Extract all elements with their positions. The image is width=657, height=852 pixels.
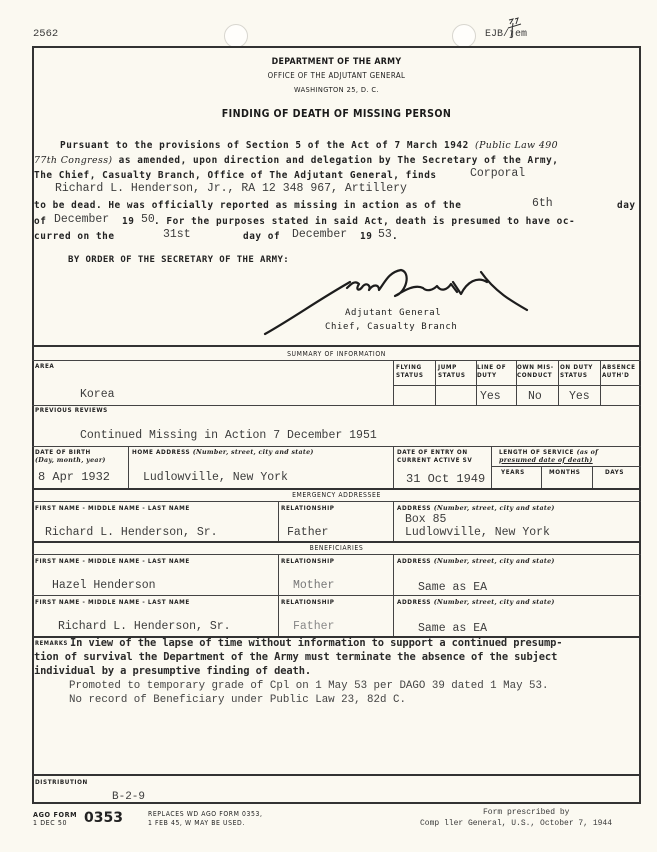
beneficiary-relationship-label: RELATIONSHIP — [281, 599, 335, 607]
years-label: YEARS — [501, 469, 525, 477]
divider — [32, 774, 641, 776]
finding-line-1: Pursuant to the provisions of Section 5 … — [60, 140, 558, 151]
finding-text: curred on the — [34, 231, 115, 242]
dob-value: 8 Apr 1932 — [38, 470, 110, 484]
finding-line-6: . For the purposes stated in said Act, d… — [154, 216, 575, 227]
divider — [32, 446, 641, 447]
remarks-note-2: No record of Beneficiary under Public La… — [69, 694, 406, 706]
punch-hole — [452, 24, 476, 48]
divider — [278, 501, 279, 541]
form-number: 0353 — [84, 810, 123, 826]
emergency-heading: EMERGENCY ADDRESSEE — [32, 491, 641, 499]
finding-line-5: to be dead. He was officially reported a… — [34, 200, 461, 211]
finding-text: 19 — [122, 216, 134, 227]
divider — [491, 466, 641, 467]
beneficiary-address-label: ADDRESS (Number, street, city and state) — [397, 599, 555, 607]
emergency-relationship-label: RELATIONSHIP — [281, 505, 335, 513]
entry-date-value: 31 Oct 1949 — [406, 472, 485, 486]
finding-line-2: 77th Congress) as amended, upon directio… — [34, 155, 558, 166]
divider — [393, 501, 394, 541]
divider — [32, 488, 641, 490]
emergency-name-label: FIRST NAME - MIDDLE NAME - LAST NAME — [35, 505, 190, 513]
divider — [558, 360, 559, 405]
dob-label: DATE OF BIRTH(Day, month, year) — [35, 449, 106, 464]
death-year-value: 53 — [378, 228, 392, 241]
emergency-relationship-value: Father — [287, 526, 328, 539]
handwritten-mark-icon — [505, 16, 525, 42]
previous-reviews-label: PREVIOUS REVIEWS — [35, 407, 108, 415]
remarks-line-2: tion of survival the Department of the A… — [34, 651, 557, 663]
beneficiary-relationship-value: Father — [293, 620, 334, 633]
finding-text: . — [392, 231, 398, 242]
home-address-label: HOME ADDRESS (Number, street, city and s… — [132, 449, 314, 457]
divider — [32, 345, 641, 347]
on-duty-status-value: Yes — [569, 390, 590, 403]
beneficiary-address-value: Same as EA — [418, 581, 487, 594]
entry-date-label: DATE OF ENTRY ONCURRENT ACTIVE SV — [397, 449, 472, 464]
department-heading: DEPARTMENT OF THE ARMY — [32, 57, 641, 67]
prescribed-line-1: Form prescribed by — [483, 808, 569, 817]
beneficiary-relationship-label: RELATIONSHIP — [281, 558, 335, 566]
emergency-address-label: ADDRESS (Number, street, city and state) — [397, 505, 555, 513]
emergency-address-line-2: Ludlowville, New York — [405, 526, 550, 539]
finding-text: Pursuant to the provisions of Section 5 … — [60, 140, 475, 151]
page-title: FINDING OF DEATH OF MISSING PERSON — [32, 108, 641, 120]
emergency-address-line-1: Box 85 — [405, 513, 446, 526]
distribution-value: B-2-9 — [112, 791, 145, 803]
death-month-value: December — [292, 228, 347, 241]
finding-text: of — [34, 216, 46, 227]
misconduct-value: No — [528, 390, 542, 403]
missing-month-value: December — [54, 213, 109, 226]
divider — [393, 446, 394, 488]
flying-status-label: FLYINGSTATUS — [396, 364, 424, 379]
beneficiary-name-value: Hazel Henderson — [52, 579, 156, 592]
divider — [393, 360, 394, 405]
signer-title-2: Chief, Casualty Branch — [325, 322, 457, 332]
prescribed-line-2: Comp ller General, U.S., October 7, 1944 — [420, 819, 612, 828]
finding-line-3: The Chief, Casualty Branch, Office of Th… — [34, 170, 437, 181]
divider — [32, 501, 641, 502]
summary-heading: SUMMARY OF INFORMATION — [32, 350, 641, 358]
death-day-value: 31st — [163, 228, 191, 241]
misconduct-label: OWN MIS-CONDUCT — [517, 364, 554, 379]
divider — [600, 360, 601, 405]
form-label: AGO FORM — [33, 811, 77, 819]
days-label: DAYS — [605, 469, 624, 477]
beneficiaries-heading: BENEFICIARIES — [32, 544, 641, 552]
divider — [592, 466, 593, 488]
divider — [128, 446, 129, 488]
remarks-line-1: In view of the lapse of time without inf… — [70, 637, 562, 649]
office-heading: OFFICE OF THE ADJUTANT GENERAL — [32, 71, 641, 80]
replaces-line-2: 1 FEB 45, W MAY BE USED. — [148, 820, 245, 828]
on-duty-status-label: ON DUTYSTATUS — [560, 364, 593, 379]
absence-authd-label: ABSENCEAUTH'D — [602, 364, 636, 379]
previous-reviews-value: Continued Missing in Action 7 December 1… — [80, 429, 377, 442]
beneficiary-address-label: ADDRESS (Number, street, city and state) — [397, 558, 555, 566]
missing-year-value: 50 — [141, 213, 155, 226]
divider — [393, 385, 641, 386]
finding-text: day — [617, 200, 636, 211]
divider — [435, 360, 436, 405]
home-address-value: Ludlowville, New York — [143, 471, 288, 484]
beneficiary-name-label: FIRST NAME - MIDDLE NAME - LAST NAME — [35, 558, 190, 566]
distribution-label: DISTRIBUTION — [35, 779, 88, 787]
months-label: MONTHS — [549, 469, 580, 477]
divider — [32, 595, 641, 596]
file-number: 2562 — [33, 28, 58, 40]
public-law-ref: (Public Law 490 — [475, 140, 558, 151]
remarks-line-3: individual by a presumptive finding of d… — [34, 665, 311, 677]
divider — [32, 360, 641, 361]
area-label: AREA — [35, 363, 54, 371]
remarks-label: REMARKS — [35, 641, 68, 649]
form-date: 1 DEC 50 — [33, 820, 67, 828]
beneficiary-address-value: Same as EA — [418, 622, 487, 635]
length-of-service-label: LENGTH OF SERVICE (as ofpresumed date of… — [499, 449, 598, 464]
rank-value: Corporal — [470, 167, 525, 180]
line-of-duty-value: Yes — [480, 390, 501, 403]
divider — [491, 446, 492, 488]
jump-status-label: JUMPSTATUS — [438, 364, 466, 379]
finding-text: as amended, upon direction and delegatio… — [112, 155, 558, 166]
emergency-name-value: Richard L. Henderson, Sr. — [45, 526, 218, 539]
location-heading: WASHINGTON 25, D. C. — [32, 85, 641, 94]
remarks-note-1: Promoted to temporary grade of Cpl on 1 … — [69, 680, 548, 692]
line-of-duty-label: LINE OFDUTY — [477, 364, 506, 379]
punch-hole — [224, 24, 248, 48]
divider — [541, 466, 542, 488]
divider — [32, 554, 641, 555]
missing-day-value: 6th — [532, 197, 553, 210]
finding-text: day of — [243, 231, 280, 242]
divider — [32, 405, 641, 406]
finding-text: 19 — [360, 231, 372, 242]
beneficiary-name-value: Richard L. Henderson, Sr. — [58, 620, 231, 633]
congress-ref: 77th Congress) — [34, 155, 112, 166]
signer-title-1: Adjutant General — [345, 308, 441, 318]
subject-identity: Richard L. Henderson, Jr., RA 12 348 967… — [55, 182, 407, 195]
beneficiary-name-label: FIRST NAME - MIDDLE NAME - LAST NAME — [35, 599, 190, 607]
replaces-line-1: REPLACES WD AGO FORM 0353, — [148, 811, 263, 819]
divider — [32, 541, 641, 543]
area-value: Korea — [80, 388, 115, 401]
beneficiary-relationship-value: Mother — [293, 579, 334, 592]
